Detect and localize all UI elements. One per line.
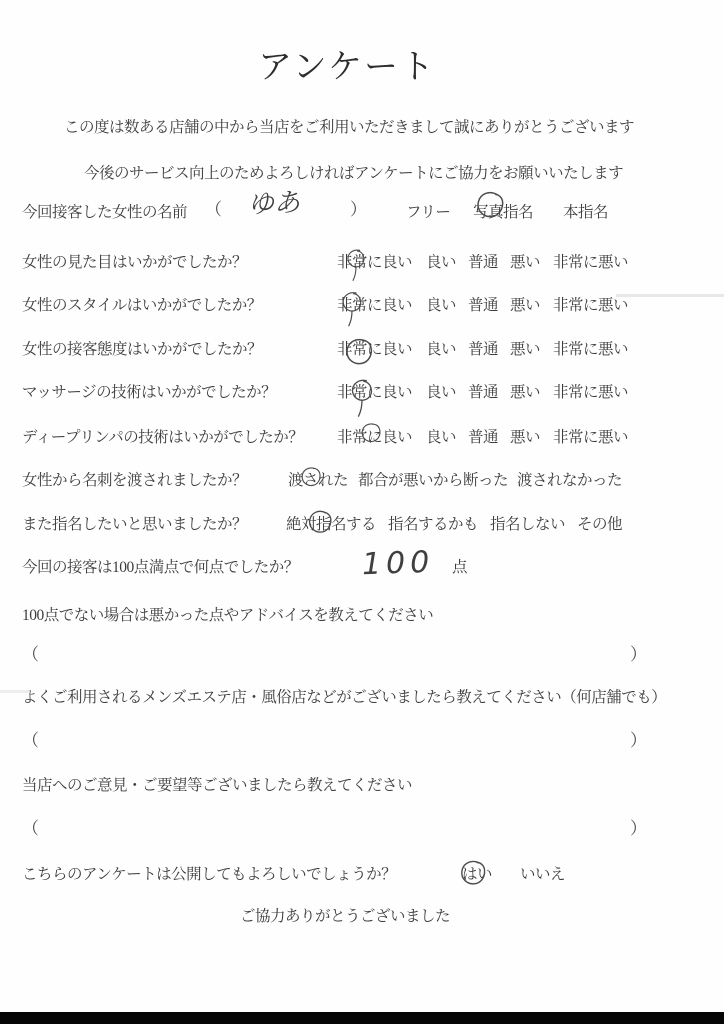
advice-question-label: 100点でない場合は悪かった点やアドバイスを教えてください bbox=[22, 607, 433, 626]
handwritten-score: 100 bbox=[361, 545, 434, 584]
intro-line-1: この度は数ある店舗の中から当店をご利用いただきまして誠にありがとうございます bbox=[64, 119, 634, 138]
answer-paren-close: ） bbox=[630, 819, 647, 839]
option-good: 良い bbox=[426, 254, 456, 273]
option-good: 良い bbox=[426, 341, 456, 360]
rebook-question-label: また指名したいと思いましたか？ bbox=[22, 516, 247, 535]
circle-mark-photo-nomination bbox=[471, 187, 509, 223]
publish-question-label: こちらのアンケートは公開してもよろしいでしょうか？ bbox=[22, 866, 396, 885]
option-regular-nomination: 本指名 bbox=[563, 204, 608, 223]
card-question-label: 女性から名刺を渡されましたか？ bbox=[22, 472, 247, 491]
answer-paren-close: ） bbox=[630, 645, 647, 665]
circle-mark-card-received bbox=[300, 463, 322, 491]
handwritten-name: ゆあ bbox=[247, 188, 300, 221]
circle-mark-publish-yes bbox=[458, 854, 488, 892]
circle-mark-rating-3 bbox=[344, 333, 374, 371]
option-bad: 悪い bbox=[510, 384, 540, 403]
option-bad: 悪い bbox=[510, 254, 540, 273]
answer-paren-open: （ bbox=[22, 819, 39, 839]
rating-question-label: マッサージの技術はいかがでしたか？ bbox=[22, 384, 276, 403]
footer-note: ご協力ありがとうございました bbox=[240, 908, 450, 927]
circle-mark-rating-5 bbox=[359, 419, 383, 447]
scan-streak bbox=[616, 294, 724, 297]
option-bad: 悪い bbox=[510, 297, 540, 316]
option-normal: 普通 bbox=[468, 254, 498, 273]
option-other: その他 bbox=[577, 516, 622, 535]
circle-mark-rating-1 bbox=[345, 247, 367, 283]
answer-paren-open: （ bbox=[22, 731, 39, 751]
rating-question-label: 女性の見た目はいかがでしたか？ bbox=[22, 254, 247, 273]
option-good: 良い bbox=[426, 429, 456, 448]
answer-paren-open: （ bbox=[22, 645, 39, 665]
option-very-bad: 非常に悪い bbox=[553, 297, 628, 316]
rating-question-label: 女性のスタイルはいかがでしたか？ bbox=[22, 297, 262, 316]
name-paren-open: （ bbox=[205, 200, 222, 220]
intro-line-2: 今後のサービス向上のためよろしければアンケートにご協力をお願いいたします bbox=[84, 165, 623, 184]
score-question-label: 今回の接客は100点満点で何点でしたか？ bbox=[22, 559, 299, 578]
feedback-question-label: 当店へのご意見・ご要望等ございましたら教えてください bbox=[22, 777, 412, 796]
option-very-bad: 非常に悪い bbox=[553, 384, 628, 403]
scan-edge-bar bbox=[0, 1012, 724, 1024]
other-shops-question-label: よくご利用されるメンズエステ店・風俗店などがございましたら教えてください（何店舗… bbox=[22, 689, 666, 708]
page-title: アンケート bbox=[258, 48, 436, 89]
circle-mark-rating-4 bbox=[349, 375, 375, 421]
name-paren-close: ） bbox=[350, 200, 367, 220]
option-free: フリー bbox=[406, 204, 450, 223]
option-bad: 悪い bbox=[510, 341, 540, 360]
option-maybe-nominate: 指名するかも bbox=[388, 516, 478, 535]
option-normal: 普通 bbox=[468, 429, 498, 448]
scan-streak bbox=[0, 690, 30, 693]
circle-mark-rating-2 bbox=[340, 289, 364, 329]
option-normal: 普通 bbox=[468, 384, 498, 403]
option-very-bad: 非常に悪い bbox=[553, 429, 628, 448]
option-good: 良い bbox=[426, 297, 456, 316]
option-good: 良い bbox=[426, 384, 456, 403]
rating-question-label: 女性の接客態度はいかがでしたか？ bbox=[22, 341, 262, 360]
option-not-received: 渡されなかった bbox=[517, 472, 622, 491]
circle-mark-definitely-nominate bbox=[305, 504, 335, 539]
option-declined: 都合が悪いから断った bbox=[358, 472, 508, 491]
option-no: いいえ bbox=[520, 866, 565, 885]
option-normal: 普通 bbox=[468, 341, 498, 360]
option-very-bad: 非常に悪い bbox=[553, 341, 628, 360]
rating-question-label: ディープリンパの技術はいかがでしたか？ bbox=[22, 429, 303, 448]
score-unit-label: 点 bbox=[452, 559, 467, 578]
answer-paren-close: ） bbox=[630, 731, 647, 751]
option-very-bad: 非常に悪い bbox=[553, 254, 628, 273]
option-bad: 悪い bbox=[510, 429, 540, 448]
scanned-survey-page: アンケート この度は数ある店舗の中から当店をご利用いただきまして誠にありがとうご… bbox=[0, 0, 724, 1024]
option-no-nominate: 指名しない bbox=[490, 516, 565, 535]
option-normal: 普通 bbox=[468, 297, 498, 316]
name-question-label: 今回接客した女性の名前 bbox=[22, 204, 187, 223]
